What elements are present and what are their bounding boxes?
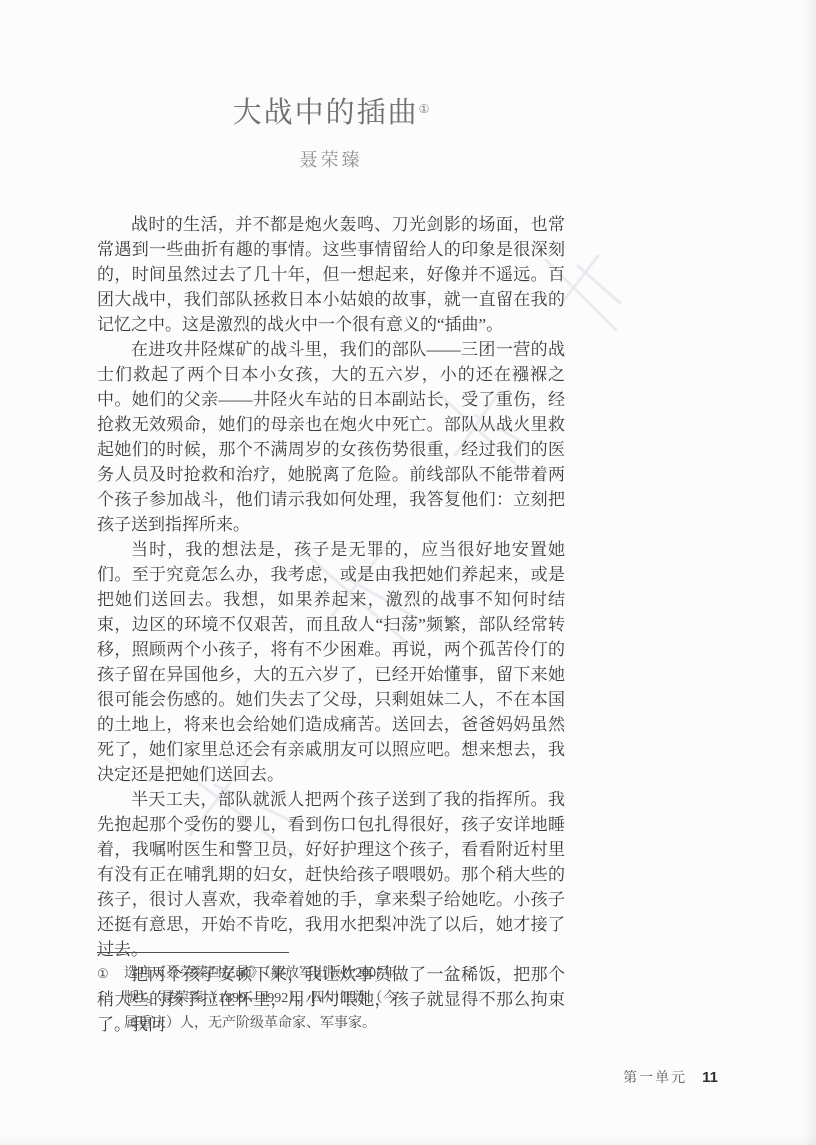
unit-label: 第一单元 — [623, 1067, 687, 1087]
article-body: 战时的生活，并不都是炮火轰鸣、刀光剑影的场面，也常常遇到一些曲折有趣的事情。这些… — [97, 212, 565, 1037]
title-block: 大战中的插曲① — [97, 90, 565, 131]
textbook-page: 大战中的插曲① 聂荣臻 战时的生活，并不都是炮火轰鸣、刀光剑影的场面，也常常遇到… — [0, 0, 816, 1145]
author-name: 聂荣臻 — [97, 146, 565, 172]
footnote-text: 选自《聂荣臻回忆录》（解放军出版社2007年版）。聂荣臻（1899—1992），… — [124, 961, 397, 1036]
page-title: 大战中的插曲① — [233, 90, 430, 131]
footnote-marker: ① — [97, 961, 124, 1036]
footnote: ① 选自《聂荣臻回忆录》（解放军出版社2007年版）。聂荣臻（1899—1992… — [97, 961, 397, 1036]
title-text: 大战中的插曲 — [233, 97, 419, 129]
paragraph: 当时，我的想法是，孩子是无罪的，应当很好地安置她们。至于究竟怎么办，我考虑，或是… — [97, 537, 565, 787]
page-footer: 第一单元 11 — [623, 1067, 718, 1087]
footnote-reference-marker: ① — [419, 102, 430, 116]
paragraph: 战时的生活，并不都是炮火轰鸣、刀光剑影的场面，也常常遇到一些曲折有趣的事情。这些… — [97, 212, 565, 337]
paragraph: 在进攻井陉煤矿的战斗里，我们的部队——三团一营的战士们救起了两个日本小女孩，大的… — [97, 337, 565, 537]
page-number: 11 — [702, 1069, 718, 1086]
paragraph: 半天工夫，部队就派人把两个孩子送到了我的指挥所。我先抱起那个受伤的婴儿，看到伤口… — [97, 787, 565, 962]
footnote-divider — [97, 952, 289, 953]
